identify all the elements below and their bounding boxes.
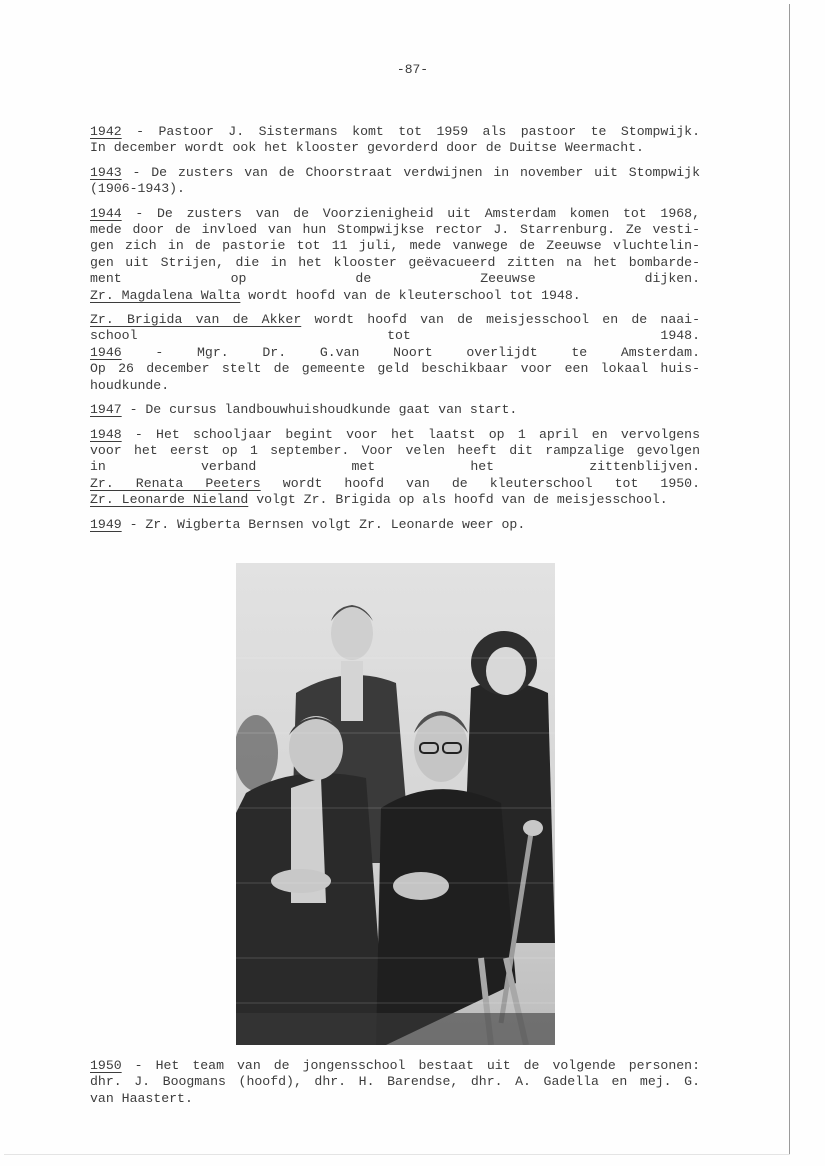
paragraph-p1944: 1944 - De zusters van de Voorzienigheid …: [90, 206, 700, 304]
underlined-term: 1944: [90, 206, 122, 221]
underlined-term: 1943: [90, 165, 122, 180]
text-span: school tot 1948.: [90, 328, 700, 343]
text-line: ment op de Zeeuwse dijken.: [90, 271, 700, 287]
text-line: 1950 - Het team van de jongensschool bes…: [90, 1058, 700, 1074]
underlined-term: 1949: [90, 517, 122, 532]
text-line: voor het eerst op 1 september. Voor vele…: [90, 443, 700, 459]
text-line: 1943 - De zusters van de Choorstraat ver…: [90, 165, 700, 181]
text-span: in verband met het zittenblijven.: [90, 459, 700, 474]
text-span: voor het eerst op 1 september. Voor vele…: [90, 443, 700, 458]
paragraph-p1947: 1947 - De cursus landbouwhuishoudkunde g…: [90, 402, 700, 418]
text-line: (1906-1943).: [90, 181, 700, 197]
text-line: dhr. J. Boogmans (hoofd), dhr. H. Barend…: [90, 1074, 700, 1090]
chronicle-entry-1950: 1950 - Het team van de jongensschool bes…: [90, 1058, 700, 1107]
text-line: mede door de invloed van hun Stompwijkse…: [90, 222, 700, 238]
paragraph-p1942: 1942 - Pastoor J. Sistermans komt tot 19…: [90, 124, 700, 157]
text-line: 1948 - Het schooljaar begint voor het la…: [90, 427, 700, 443]
text-line: gen zich in de pastorie tot 11 juli, med…: [90, 238, 700, 254]
chronicle-entries-upper: 1942 - Pastoor J. Sistermans komt tot 19…: [90, 124, 700, 533]
text-span: mede door de invloed van hun Stompwijkse…: [90, 222, 700, 237]
underlined-term: 1946: [90, 345, 122, 360]
text-span: - De cursus landbouwhuishoudkunde gaat v…: [122, 402, 518, 417]
text-line: 1949 - Zr. Wigberta Bernsen volgt Zr. Le…: [90, 517, 700, 533]
text-span: volgt Zr. Brigida op als hoofd van de me…: [248, 492, 667, 507]
paragraph-p1949: 1949 - Zr. Wigberta Bernsen volgt Zr. Le…: [90, 517, 700, 533]
text-span: wordt hoofd van de kleuterschool tot 195…: [261, 476, 700, 491]
paragraph-p1948: 1948 - Het schooljaar begint voor het la…: [90, 427, 700, 509]
paragraph-p1943: 1943 - De zusters van de Choorstraat ver…: [90, 165, 700, 198]
text-span: - Het team van de jongensschool bestaat …: [122, 1058, 700, 1073]
text-span: - Zr. Wigberta Bernsen volgt Zr. Leonard…: [122, 517, 526, 532]
text-line: gen uit Strijen, die in het klooster geë…: [90, 255, 700, 271]
paragraph-p1945: Zr. Brigida van de Akker wordt hoofd van…: [90, 312, 700, 394]
text-line: Zr. Leonarde Nieland volgt Zr. Brigida o…: [90, 492, 700, 508]
underlined-term: 1950: [90, 1058, 122, 1073]
underlined-term: 1947: [90, 402, 122, 417]
text-span: - Mgr. Dr. G.van Noort overlijdt te Amst…: [122, 345, 700, 360]
text-line: 1947 - De cursus landbouwhuishoudkunde g…: [90, 402, 700, 418]
underlined-term: Zr. Magdalena Walta: [90, 288, 240, 303]
text-line: houdkunde.: [90, 378, 700, 394]
text-line: van Haastert.: [90, 1091, 700, 1107]
text-line: Op 26 december stelt de gemeente geld be…: [90, 361, 700, 377]
text-span: wordt hoofd van de meisjesschool en de n…: [301, 312, 700, 327]
document-page: -87- 1942 - Pastoor J. Sistermans komt t…: [0, 0, 825, 1166]
text-line: 1942 - Pastoor J. Sistermans komt tot 19…: [90, 124, 700, 140]
text-span: wordt hoofd van de kleuterschool tot 194…: [240, 288, 580, 303]
text-line: school tot 1948.: [90, 328, 700, 344]
text-span: - Pastoor J. Sistermans komt tot 1959 al…: [122, 124, 700, 139]
underlined-term: Zr. Leonarde Nieland: [90, 492, 248, 507]
underlined-term: Zr. Renata Peeters: [90, 476, 261, 491]
page-edge-right: [789, 4, 790, 1154]
text-line: 1944 - De zusters van de Voorzienigheid …: [90, 206, 700, 222]
text-span: Op 26 december stelt de gemeente geld be…: [90, 361, 700, 376]
text-line: Zr. Magdalena Walta wordt hoofd van de k…: [90, 288, 700, 304]
paragraph-p1950: 1950 - Het team van de jongensschool bes…: [90, 1058, 700, 1107]
text-line: Zr. Brigida van de Akker wordt hoofd van…: [90, 312, 700, 328]
text-span: In december wordt ook het klooster gevor…: [90, 140, 644, 155]
text-span: dhr. J. Boogmans (hoofd), dhr. H. Barend…: [90, 1074, 700, 1089]
text-span: gen uit Strijen, die in het klooster geë…: [90, 255, 700, 270]
group-photograph: [236, 563, 555, 1045]
text-line: Zr. Renata Peeters wordt hoofd van de kl…: [90, 476, 700, 492]
text-span: - Het schooljaar begint voor het laatst …: [122, 427, 700, 442]
underlined-term: 1942: [90, 124, 122, 139]
text-span: gen zich in de pastorie tot 11 juli, med…: [90, 238, 700, 253]
text-span: ment op de Zeeuwse dijken.: [90, 271, 700, 286]
text-span: - De zusters van de Choorstraat verdwijn…: [122, 165, 700, 180]
page-number: -87-: [0, 62, 825, 77]
text-span: (1906-1943).: [90, 181, 185, 196]
underlined-term: 1948: [90, 427, 122, 442]
text-line: In december wordt ook het klooster gevor…: [90, 140, 700, 156]
text-span: houdkunde.: [90, 378, 169, 393]
text-span: - De zusters van de Voorzienigheid uit A…: [122, 206, 700, 221]
text-span: van Haastert.: [90, 1091, 193, 1106]
underlined-term: Zr. Brigida van de Akker: [90, 312, 301, 327]
text-line: 1946 - Mgr. Dr. G.van Noort overlijdt te…: [90, 345, 700, 361]
page-edge-bottom: [4, 1154, 790, 1155]
text-line: in verband met het zittenblijven.: [90, 459, 700, 475]
